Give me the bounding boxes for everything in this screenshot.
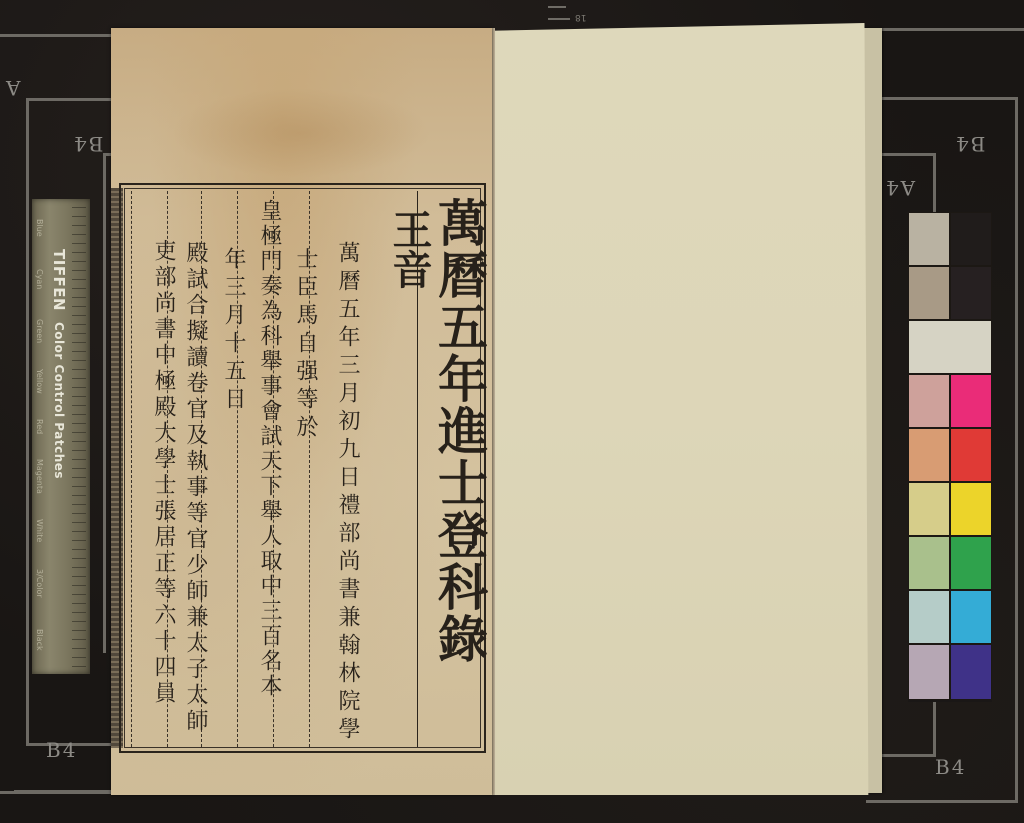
- tiffen-color-word: Black: [35, 629, 44, 651]
- color-patch: [950, 212, 992, 266]
- color-patch: [950, 374, 992, 428]
- ruler-ticks: [72, 199, 86, 674]
- color-patch: [950, 536, 992, 590]
- color-patch: [950, 266, 992, 320]
- guide-label-b4-right: B4: [954, 132, 985, 156]
- candidate-name: 王音: [349, 191, 429, 747]
- text-column-6: 吏部尚書中極殿大學士張居正等六十四員: [131, 191, 174, 747]
- printed-text-frame: 萬曆五年進士登科錄 王音 萬曆五年三月初九日禮部尚書兼翰林院學 士臣馬自强等於 …: [119, 183, 486, 753]
- water-stain: [171, 88, 431, 178]
- color-patch: [950, 644, 992, 700]
- color-patch-white: [908, 320, 992, 374]
- tiffen-color-control-strip: TIFFEN Color Control Patches Blue Cyan G…: [32, 199, 90, 674]
- color-patch: [908, 266, 950, 320]
- tiffen-brand: TIFFEN: [50, 249, 68, 311]
- left-page-printed: 萬曆五年進士登科錄 王音 萬曆五年三月初九日禮部尚書兼翰林院學 士臣馬自强等於 …: [111, 28, 492, 795]
- color-calibration-card: [908, 212, 992, 702]
- color-patch: [908, 644, 950, 700]
- color-patch: [908, 374, 950, 428]
- guide-frame-bottom-left: [14, 790, 122, 792]
- color-patch: [908, 590, 950, 644]
- tiffen-color-word: Yellow: [35, 369, 44, 394]
- tiffen-color-word: Green: [35, 319, 44, 343]
- tiffen-color-word: Magenta: [35, 459, 44, 494]
- tiffen-color-word: Cyan: [35, 269, 44, 289]
- color-patch: [908, 482, 950, 536]
- tiffen-color-word: White: [35, 519, 44, 542]
- tiffen-color-word: Blue: [35, 219, 44, 237]
- color-patch: [908, 212, 950, 266]
- top-center-mark-bar: [548, 6, 566, 8]
- guide-label-b4-bottom-left: B4: [46, 738, 77, 762]
- guide-label-b4-bottom-right: B4: [935, 755, 966, 779]
- guide-label-a4-right: A4: [884, 176, 915, 200]
- color-patch: [908, 536, 950, 590]
- tiffen-title: Color Control Patches: [52, 322, 66, 479]
- tiffen-label: TIFFEN Color Control Patches: [50, 249, 68, 479]
- top-center-mark-bar: [548, 18, 570, 20]
- guide-label-a-left: A: [4, 76, 20, 100]
- color-patch: [950, 590, 992, 644]
- color-patch: [950, 482, 992, 536]
- right-page-blank: [492, 23, 880, 795]
- top-center-mark-label: 18: [575, 12, 586, 22]
- color-patch: [950, 428, 992, 482]
- tiffen-color-word: Red: [35, 419, 44, 434]
- guide-label-b4-left: B4: [72, 132, 103, 156]
- tiffen-color-word: 3/Color: [35, 569, 44, 598]
- color-patch: [908, 428, 950, 482]
- guide-frame-right-outer: [864, 28, 1024, 31]
